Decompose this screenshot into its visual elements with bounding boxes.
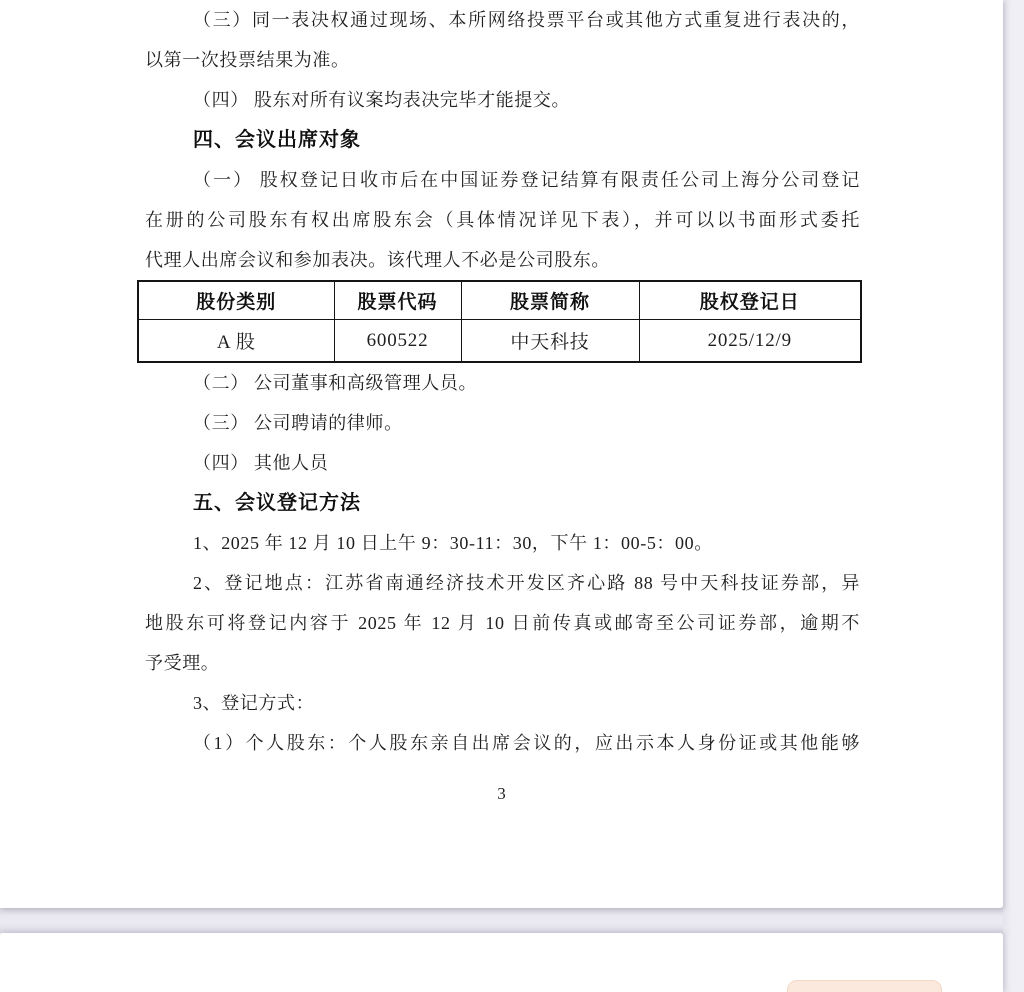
table-header-share-class: 股份类别	[138, 281, 334, 320]
paragraph-line: 1、2025 年 12 月 10 日上午 9：30-11：30，下午 1：00-…	[137, 523, 860, 563]
paragraph-line: （三）同一表决权通过现场、本所网络投票平台或其他方式重复进行表决的，	[137, 0, 860, 40]
table-row: A 股 600522 中天科技 2025/12/9	[138, 320, 861, 363]
document-viewport[interactable]: { "viewer": { "next_page_highlight_color…	[0, 0, 1024, 992]
page-3-content: （三）同一表决权通过现场、本所网络投票平台或其他方式重复进行表决的， 以第一次投…	[137, 0, 860, 763]
cell-stock-name: 中天科技	[461, 320, 639, 363]
page-separator	[0, 908, 1003, 933]
paragraph-line: （一） 股权登记日收市后在中国证券登记结算有限责任公司上海分公司登记	[137, 160, 860, 200]
stock-info-table: 股份类别 股票代码 股票简称 股权登记日 A 股 600522 中天科技 202…	[137, 280, 862, 363]
section-heading-registration: 五、会议登记方法	[137, 483, 860, 523]
table-header-stock-code: 股票代码	[334, 281, 461, 320]
paragraph-line: 2、登记地点：江苏省南通经济技术开发区齐心路 88 号中天科技证券部，异	[137, 563, 860, 603]
paragraph-line: 以第一次投票结果为准。	[137, 40, 860, 80]
paragraph-line: （二） 公司董事和高级管理人员。	[137, 363, 860, 403]
table-header-stock-name: 股票简称	[461, 281, 639, 320]
paragraph-line: 代理人出席会议和参加表决。该代理人不必是公司股东。	[137, 240, 860, 280]
table-header-row: 股份类别 股票代码 股票简称 股权登记日	[138, 281, 861, 320]
viewer-background-band	[1002, 0, 1024, 992]
cell-share-class: A 股	[138, 320, 334, 363]
paragraph-line: （1）个人股东：个人股东亲自出席会议的，应出示本人身份证或其他能够	[137, 723, 860, 763]
cell-stock-code: 600522	[334, 320, 461, 363]
highlight-box	[787, 980, 942, 992]
paragraph-line: （四） 其他人员	[137, 443, 860, 483]
document-page-4-top	[0, 933, 1003, 992]
paragraph-line: 地股东可将登记内容于 2025 年 12 月 10 日前传真或邮寄至公司证券部，…	[137, 603, 860, 643]
paragraph-line: （三） 公司聘请的律师。	[137, 403, 860, 443]
page-number: 3	[0, 780, 1003, 808]
cell-record-date: 2025/12/9	[639, 320, 861, 363]
paragraph-line: （四） 股东对所有议案均表决完毕才能提交。	[137, 80, 860, 120]
paragraph-line: 3、登记方式：	[137, 683, 860, 723]
paragraph-line: 予受理。	[137, 643, 860, 683]
document-page-3: （三）同一表决权通过现场、本所网络投票平台或其他方式重复进行表决的， 以第一次投…	[0, 0, 1003, 908]
paragraph-line: 在册的公司股东有权出席股东会（具体情况详见下表），并可以以书面形式委托	[137, 200, 860, 240]
section-heading-attendees: 四、会议出席对象	[137, 120, 860, 160]
table-header-record-date: 股权登记日	[639, 281, 861, 320]
